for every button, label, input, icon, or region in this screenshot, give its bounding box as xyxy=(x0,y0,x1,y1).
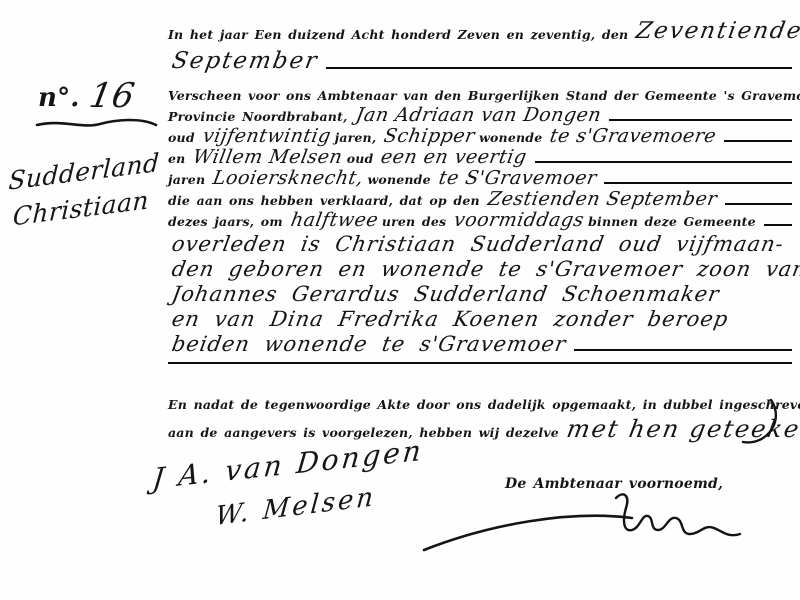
handwritten-text: vijfentwintig xyxy=(197,127,336,146)
fill-rule xyxy=(764,224,792,226)
handwritten-text: Looiersknecht, xyxy=(208,169,370,188)
closing-line-2: aan de aangevers is voorgelezen, hebben … xyxy=(168,412,792,440)
signature-declarant2: W. Melsen xyxy=(214,482,377,532)
handwritten-text: overleden is Christiaan Sudderland oud v… xyxy=(166,234,789,255)
death-record-page: n°.16 Sudderland Christiaan In het jaar … xyxy=(0,0,800,600)
fill-rule xyxy=(604,182,792,184)
handwritten-text: te S'Gravemoer xyxy=(433,169,602,188)
printed-text: jaren, xyxy=(335,130,381,145)
handwritten-text: een en veertig xyxy=(376,148,533,167)
printed-text: uren des xyxy=(382,214,450,229)
margin-deceased-name: Sudderland Christiaan xyxy=(6,142,184,234)
handwritten-text: te s'Gravemoere xyxy=(545,127,722,146)
act-number-value: 16 xyxy=(87,79,137,113)
handwritten-text: Schipper xyxy=(379,127,481,146)
printed-text: In het jaar Een duizend Acht honderd Zev… xyxy=(168,27,632,42)
printed-text: En nadat de tegenwoordige Akte door ons … xyxy=(168,397,800,412)
printed-text: Verscheen voor ons Ambtenaar van den Bur… xyxy=(168,88,800,103)
line-declared: die aan ons hebben verklaard, dat op den… xyxy=(168,187,792,208)
fill-rule xyxy=(724,140,792,142)
printed-text: aan de aangevers is voorgelezen, hebben … xyxy=(168,425,563,440)
fill-rule xyxy=(574,349,792,351)
printed-text: en xyxy=(168,151,189,166)
body-lines: In het jaar Een duizend Acht honderd Zev… xyxy=(168,12,792,354)
line-deceased-1: overleden is Christiaan Sudderland oud v… xyxy=(168,229,792,254)
line-declarant1: oudvijfentwintigjaren,Schipperwonendete … xyxy=(168,124,792,145)
printed-text: wonende xyxy=(367,172,434,187)
printed-text: jaren xyxy=(168,172,209,187)
closing-lines: En nadat de tegenwoordige Akte door ons … xyxy=(168,382,792,440)
line-month: September xyxy=(168,42,792,72)
handwritten-text: Johannes Gerardus Sudderland Schoenmaker xyxy=(166,284,725,305)
line-time: dezes jaars, omhalftweeuren desvoormidda… xyxy=(168,208,792,229)
line-declarant2b: jarenLooiersknecht,wonendete S'Gravemoer xyxy=(168,166,792,187)
line-province: Provincie Noordbrabant,Jan Adriaan van D… xyxy=(168,103,792,124)
printed-text: oud xyxy=(347,151,378,166)
fill-rule xyxy=(609,119,792,121)
line-appeared: Verscheen voor ons Ambtenaar van den Bur… xyxy=(168,82,792,103)
act-number-label: n°. xyxy=(38,83,80,113)
printed-text: wonende xyxy=(479,130,546,145)
handwritten-text: Jan Adriaan van Dongen xyxy=(350,106,606,125)
line-deceased-4: en van Dina Fredrika Koenen zonder beroe… xyxy=(168,304,792,329)
official-signature xyxy=(420,488,760,566)
horizontal-separator xyxy=(168,362,792,364)
handwritten-text: voormiddags xyxy=(449,211,590,230)
act-body: In het jaar Een duizend Acht honderd Zev… xyxy=(168,12,792,450)
number-underline-flourish xyxy=(34,116,160,132)
act-number: n°.16 xyxy=(38,78,134,113)
signature-flourish-hook xyxy=(733,398,781,456)
line-deceased-5: beiden wonende te s'Gravemoer xyxy=(168,329,792,354)
closing-line-1: En nadat de tegenwoordige Akte door ons … xyxy=(168,382,792,412)
handwritten-text: beiden wonende te s'Gravemoer xyxy=(166,334,572,355)
printed-text: Provincie Noordbrabant, xyxy=(168,109,352,124)
line-deceased-3: Johannes Gerardus Sudderland Schoenmaker xyxy=(168,279,792,304)
line-year: In het jaar Een duizend Acht honderd Zev… xyxy=(168,12,792,42)
handwritten-text: Willem Melsen xyxy=(188,148,349,167)
printed-text: oud xyxy=(168,130,199,145)
line-declarant2: enWillem Melsenoudeen en veertig xyxy=(168,145,792,166)
fill-rule xyxy=(326,67,792,69)
printed-text: die aan ons hebben verklaard, dat op den xyxy=(168,193,484,208)
handwritten-text: den geboren en wonende te s'Gravemoer zo… xyxy=(166,259,800,280)
printed-text: dezes jaars, om xyxy=(168,214,287,229)
handwritten-text: halftwee xyxy=(285,211,383,230)
fill-rule xyxy=(725,203,792,205)
printed-text: binnen deze Gemeente xyxy=(588,214,760,229)
handwritten-text: Zeventienden xyxy=(630,20,800,43)
handwritten-text: en van Dina Fredrika Koenen zonder beroe… xyxy=(166,309,734,330)
line-deceased-2: den geboren en wonende te s'Gravemoer zo… xyxy=(168,254,792,279)
handwritten-text: September xyxy=(166,50,324,73)
handwritten-text: Zestienden September xyxy=(482,190,722,209)
fill-rule xyxy=(535,161,792,163)
